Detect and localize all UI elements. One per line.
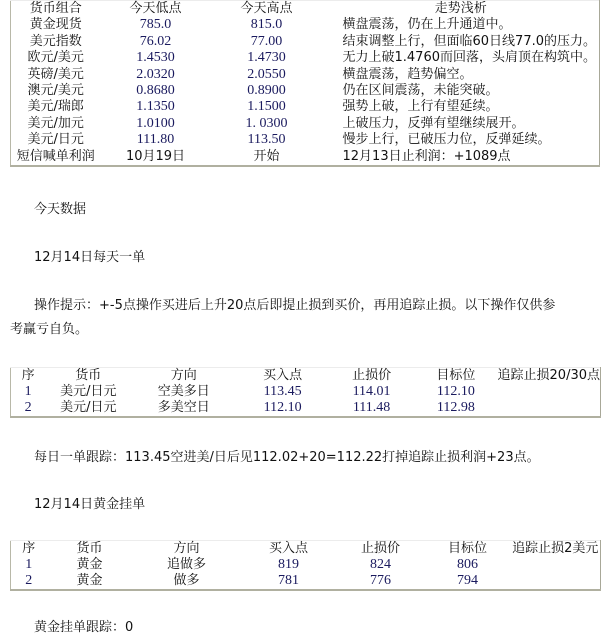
daily-order-title: 12月14日每天一单 <box>34 248 145 268</box>
direction-cell: 多美空日 <box>131 400 236 417</box>
daily-tracking-text: 每日一单跟踪：113.45空进美/日后见112.02+20=112.22打掉追踪… <box>34 448 540 468</box>
header-entry: 买入点 <box>236 368 329 385</box>
low-cell: 10月19日 <box>101 149 211 166</box>
table-row: 美元/加元 1.0100 1. 0300 上破压力，反弹有望继续展开。 <box>11 116 600 132</box>
currency-cell: 黄金 <box>47 573 133 590</box>
low-cell: 785.0 <box>101 17 211 33</box>
header-direction: 方向 <box>133 541 241 558</box>
entry-cell: 819 <box>241 557 337 573</box>
high-cell: 开始 <box>211 149 323 166</box>
stop-loss-cell: 111.48 <box>329 400 414 417</box>
low-cell: 1.0100 <box>101 116 211 132</box>
pair-cell: 欧元/美元 <box>11 50 101 66</box>
gold-tracking-text: 黄金挂单跟踪：0 <box>34 618 133 638</box>
table-row: 美元/瑞郎 1.1350 1.1500 强势上破，上行有望延续。 <box>11 99 600 115</box>
market-overview-table: 货币组合 今天低点 今天高点 走势浅析 黄金现货 785.0 815.0 横盘震… <box>10 0 600 167</box>
seq-cell: 1 <box>11 384 46 400</box>
header-entry: 买入点 <box>241 541 337 558</box>
pair-cell: 澳元/美元 <box>11 83 101 99</box>
header-pair: 货币组合 <box>11 1 101 18</box>
target-cell: 806 <box>425 557 511 573</box>
table-row: 欧元/美元 1.4530 1.4730 无力上破1.4760而回落，头肩顶在构筑… <box>11 50 600 66</box>
trailing-stop-cell <box>498 400 601 417</box>
trailing-stop-cell <box>511 557 601 573</box>
high-cell: 1.4730 <box>211 50 323 66</box>
table-row: 1 黄金 追做多 819 824 806 <box>11 557 601 573</box>
table-row: 英磅/美元 2.0320 2.0550 横盘震荡，趋势偏空。 <box>11 67 600 83</box>
table-row: 美元指数 76.02 77.00 结束调整上行，但面临60日线77.0的压力。 <box>11 34 600 50</box>
entry-cell: 112.10 <box>236 400 329 417</box>
header-currency: 货币 <box>45 368 131 385</box>
pair-cell: 美元/加元 <box>11 116 101 132</box>
table-row: 黄金现货 785.0 815.0 横盘震荡，仍在上升通道中。 <box>11 17 600 33</box>
header-stop-loss: 止损价 <box>329 368 414 385</box>
high-cell: 113.50 <box>211 132 323 148</box>
table-header-row: 货币组合 今天低点 今天高点 走势浅析 <box>11 1 600 18</box>
currency-cell: 美元/日元 <box>45 384 131 400</box>
header-high: 今天高点 <box>211 1 323 18</box>
analysis-cell: 无力上破1.4760而回落，头肩顶在构筑中。 <box>323 50 600 66</box>
table-row: 1 美元/日元 空美多日 113.45 114.01 112.10 <box>11 384 601 400</box>
seq-cell: 1 <box>11 557 47 573</box>
analysis-cell: 仍在区间震荡，未能突破。 <box>323 83 600 99</box>
high-cell: 815.0 <box>211 17 323 33</box>
gold-order-table: 序 货币 方向 买入点 止损价 目标位 追踪止损2美元 1 黄金 追做多 819… <box>10 540 601 591</box>
pair-cell: 短信喊单利润 <box>11 149 101 166</box>
header-seq: 序 <box>11 541 47 558</box>
pair-cell: 英磅/美元 <box>11 67 101 83</box>
low-cell: 2.0320 <box>101 67 211 83</box>
header-low: 今天低点 <box>101 1 211 18</box>
analysis-cell: 上破压力，反弹有望继续展开。 <box>323 116 600 132</box>
seq-cell: 2 <box>11 400 46 417</box>
high-cell: 1. 0300 <box>211 116 323 132</box>
direction-cell: 追做多 <box>133 557 241 573</box>
high-cell: 1.1500 <box>211 99 323 115</box>
daily-order-table: 序 货币 方向 买入点 止损价 目标位 追踪止损20/30点 1 美元/日元 空… <box>10 367 601 418</box>
low-cell: 111.80 <box>101 132 211 148</box>
analysis-cell: 横盘震荡，仍在上升通道中。 <box>323 17 600 33</box>
high-cell: 77.00 <box>211 34 323 50</box>
operation-hint-line2: 考赢亏自负。 <box>10 320 88 340</box>
direction-cell: 做多 <box>133 573 241 590</box>
stop-loss-cell: 776 <box>337 573 425 590</box>
stop-loss-cell: 824 <box>337 557 425 573</box>
analysis-cell: 12月13日止利润：+1089点 <box>323 149 600 166</box>
low-cell: 76.02 <box>101 34 211 50</box>
direction-cell: 空美多日 <box>131 384 236 400</box>
target-cell: 794 <box>425 573 511 590</box>
target-cell: 112.10 <box>414 384 497 400</box>
table-row: 短信喊单利润 10月19日 开始 12月13日止利润：+1089点 <box>11 149 600 166</box>
pair-cell: 美元/瑞郎 <box>11 99 101 115</box>
header-target: 目标位 <box>425 541 511 558</box>
today-data-heading: 今天数据 <box>34 200 86 220</box>
header-currency: 货币 <box>47 541 133 558</box>
table-header-row: 序 货币 方向 买入点 止损价 目标位 追踪止损2美元 <box>11 541 601 558</box>
entry-cell: 781 <box>241 573 337 590</box>
low-cell: 0.8680 <box>101 83 211 99</box>
header-trailing-stop: 追踪止损2美元 <box>511 541 601 558</box>
entry-cell: 113.45 <box>236 384 329 400</box>
analysis-cell: 横盘震荡，趋势偏空。 <box>323 67 600 83</box>
table-row: 2 美元/日元 多美空日 112.10 111.48 112.98 <box>11 400 601 417</box>
analysis-cell: 强势上破，上行有望延续。 <box>323 99 600 115</box>
pair-cell: 美元指数 <box>11 34 101 50</box>
target-cell: 112.98 <box>414 400 497 417</box>
trailing-stop-cell <box>498 384 601 400</box>
high-cell: 2.0550 <box>211 67 323 83</box>
pair-cell: 黄金现货 <box>11 17 101 33</box>
operation-hint-line1: 操作提示：+-5点操作买进后上升20点后即提止损到买价，再用追踪止损。以下操作仅… <box>34 296 555 316</box>
header-direction: 方向 <box>131 368 236 385</box>
table-row: 澳元/美元 0.8680 0.8900 仍在区间震荡，未能突破。 <box>11 83 600 99</box>
header-stop-loss: 止损价 <box>337 541 425 558</box>
high-cell: 0.8900 <box>211 83 323 99</box>
table-row: 2 黄金 做多 781 776 794 <box>11 573 601 590</box>
table-header-row: 序 货币 方向 买入点 止损价 目标位 追踪止损20/30点 <box>11 368 601 385</box>
header-analysis: 走势浅析 <box>323 1 600 18</box>
header-target: 目标位 <box>414 368 497 385</box>
seq-cell: 2 <box>11 573 47 590</box>
header-seq: 序 <box>11 368 46 385</box>
gold-order-title: 12月14日黄金挂单 <box>34 495 145 515</box>
header-trailing-stop: 追踪止损20/30点 <box>498 368 601 385</box>
currency-cell: 黄金 <box>47 557 133 573</box>
analysis-cell: 慢步上行，已破压力位，反弹延续。 <box>323 132 600 148</box>
analysis-cell: 结束调整上行，但面临60日线77.0的压力。 <box>323 34 600 50</box>
table-row: 美元/日元 111.80 113.50 慢步上行，已破压力位，反弹延续。 <box>11 132 600 148</box>
pair-cell: 美元/日元 <box>11 132 101 148</box>
low-cell: 1.1350 <box>101 99 211 115</box>
stop-loss-cell: 114.01 <box>329 384 414 400</box>
trailing-stop-cell <box>511 573 601 590</box>
low-cell: 1.4530 <box>101 50 211 66</box>
currency-cell: 美元/日元 <box>45 400 131 417</box>
